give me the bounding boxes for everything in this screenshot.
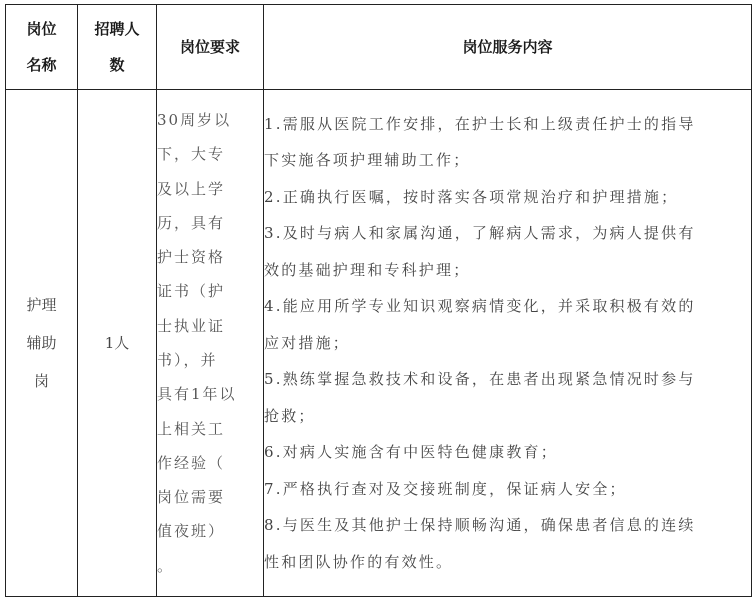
header-row: 岗位 名称 招聘人 数 岗位要求 岗位服务内容 [6,5,752,90]
header-headcount: 招聘人 数 [78,5,157,90]
header-position-name-line2: 名称 [26,47,56,83]
duty-line: 8.与医生及其他护士保持顺畅沟通，确保患者信息的连续 [264,507,751,544]
cell-requirements: 30周岁以 下，大专 及以上学 历，具有 护士资格 证书（护 士执业证 书），并… [157,90,264,597]
duty-line: 5.熟练掌握急救技术和设备，在患者出现紧急情况时参与 [264,361,751,398]
duty-line: 3.及时与病人和家属沟通，了解病人需求，为病人提供有 [264,215,751,252]
cell-position-name: 护理 辅助 岗 [6,90,78,597]
duty-line: 2.正确执行医嘱，按时落实各项常规治疗和护理措施； [264,179,751,216]
header-headcount-line2: 数 [109,47,124,83]
req-line: 具有1年以 [157,385,237,403]
job-table: 岗位 名称 招聘人 数 岗位要求 岗位服务内容 护理 辅助 岗 1人 [5,4,752,597]
req-line: 书），并 [157,351,218,369]
cell-duties: 1.需服从医院工作安排，在护士长和上级责任护士的指导 下实施各项护理辅助工作； … [264,90,752,597]
header-position-name: 岗位 名称 [6,5,78,90]
header-requirements-label: 岗位要求 [180,29,240,65]
req-line: 值夜班） [157,522,225,540]
position-name-line3: 岗 [34,372,49,390]
req-line: 证书（护 [157,282,225,300]
req-line: 士执业证 [157,317,225,335]
position-name-line1: 护理 [26,296,56,314]
req-line: 上相关工 [157,420,225,438]
duty-line: 抢救； [264,398,751,435]
req-line: 及以上学 [157,180,225,198]
position-name-line2: 辅助 [26,334,56,352]
headcount-value: 1人 [105,334,130,352]
duty-line: 效的基础护理和专科护理； [264,252,751,289]
header-requirements: 岗位要求 [157,5,264,90]
duty-line: 6.对病人实施含有中医特色健康教育； [264,434,751,471]
table-row: 护理 辅助 岗 1人 30周岁以 下，大专 及以上学 历，具有 护士资格 证书（… [6,90,752,597]
req-line: 作经验（ [157,454,225,472]
header-position-name-line1: 岗位 [26,11,56,47]
req-line: 岗位需要 [157,488,225,506]
header-headcount-line1: 招聘人 [94,11,139,47]
req-line: 。 [157,557,174,575]
req-line: 护士资格 [157,248,225,266]
header-duties: 岗位服务内容 [264,5,752,90]
duty-line: 7.严格执行查对及交接班制度，保证病人安全； [264,471,751,508]
cell-headcount: 1人 [78,90,157,597]
duty-line: 应对措施； [264,325,751,362]
duty-line: 4.能应用所学专业知识观察病情变化，并采取积极有效的 [264,288,751,325]
header-duties-label: 岗位服务内容 [462,29,552,65]
duty-line: 1.需服从医院工作安排，在护士长和上级责任护士的指导 [264,106,751,143]
requirements-text: 30周岁以 下，大专 及以上学 历，具有 护士资格 证书（护 士执业证 书），并… [157,103,263,583]
req-line: 30周岁以 [157,111,231,129]
duty-line: 性和团队协作的有效性。 [264,544,751,581]
req-line: 下，大专 [157,145,225,163]
duty-line: 下实施各项护理辅助工作； [264,142,751,179]
req-line: 历，具有 [157,214,225,232]
